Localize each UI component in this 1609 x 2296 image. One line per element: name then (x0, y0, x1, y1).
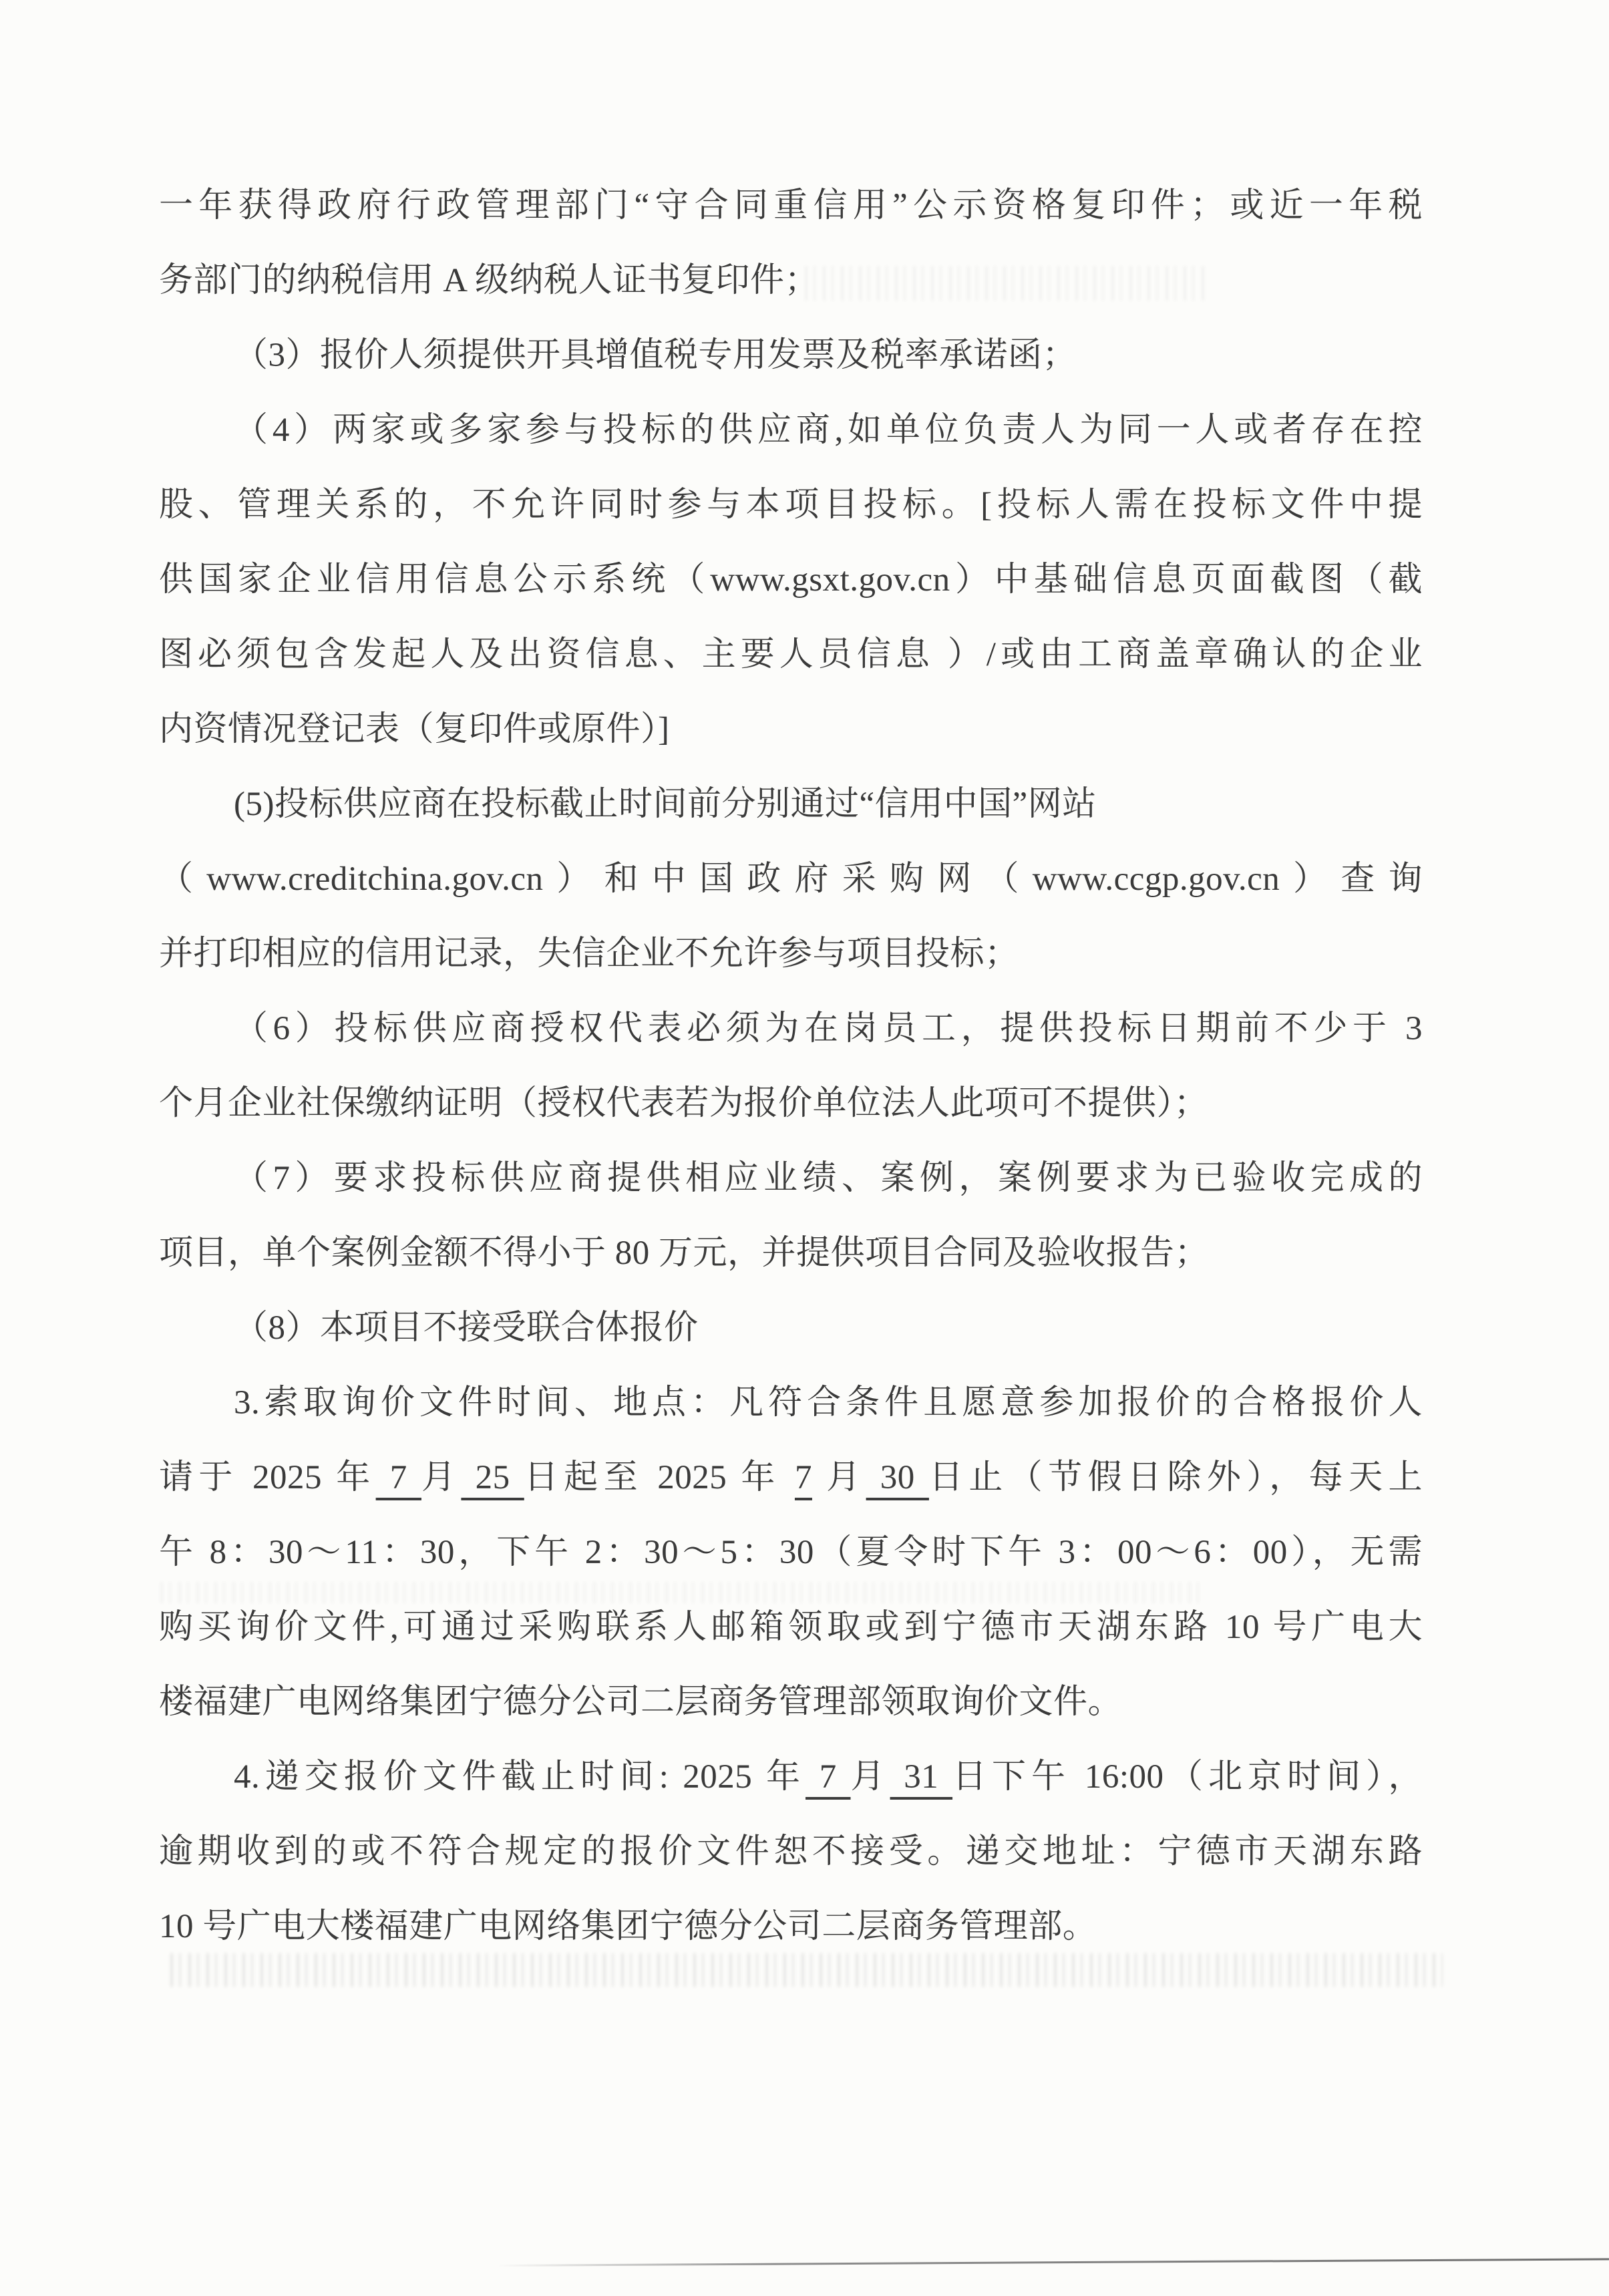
underlined-date-field: 7 (795, 1459, 812, 1496)
text-segment: 日止（节假日除外），每天上 (929, 1459, 1423, 1496)
text-segment: 楼福建广电网络集团宁德分公司二层商务管理部领取询价文件。 (159, 1683, 1122, 1721)
document-page: 一年获得政府行政管理部门“守合同重信用”公示资格复印件；或近一年税务部门的纳税信… (0, 0, 1609, 2296)
text-segment: 月 (421, 1459, 461, 1496)
text-segment: 午 8：30～11：30，下午 2：30～5：30（夏令时下午 3：00～6：0… (159, 1534, 1423, 1571)
text-segment: 月 (812, 1459, 866, 1496)
text-line: （www.creditchina.gov.cn）和中国政府采购网（www.ccg… (159, 842, 1423, 917)
text-line: （4）两家或多家参与投标的供应商,如单位负责人为同一人或者存在控 (159, 393, 1423, 468)
text-line: 项目，单个案例金额不得小于 80 万元，并提供项目合同及验收报告； (159, 1216, 1423, 1291)
text-segment: 4.递交报价文件截止时间: 2025 年 (234, 1758, 806, 1796)
text-line: 一年获得政府行政管理部门“守合同重信用”公示资格复印件；或近一年税 (159, 168, 1423, 243)
text-line: 内资情况登记表（复印件或原件）] (159, 692, 1423, 767)
text-line: 楼福建广电网络集团宁德分公司二层商务管理部领取询价文件。 (159, 1665, 1423, 1740)
text-segment: （4）两家或多家参与投标的供应商,如单位负责人为同一人或者存在控 (234, 412, 1423, 449)
text-line: (5)投标供应商在投标截止时间前分别通过“信用中国”网站 (159, 767, 1423, 842)
text-line: （7）要求投标供应商提供相应业绩、案例，案例要求为已验收完成的 (159, 1141, 1423, 1216)
text-segment: 日下午 16:00（北京时间）， (952, 1758, 1423, 1796)
text-segment: （3）报价人须提供开具增值税专用发票及税率承诺函； (234, 337, 1077, 374)
text-line: 午 8：30～11：30，下午 2：30～5：30（夏令时下午 3：00～6：0… (159, 1515, 1423, 1590)
text-segment: 并打印相应的信用记录，失信企业不允许参与项目投标； (159, 935, 1019, 973)
text-segment: 内资情况登记表（复印件或原件）] (159, 711, 670, 748)
text-line: 股、管理关系的，不允许同时参与本项目投标。[投标人需在投标文件中提 (159, 468, 1423, 542)
text-segment: 购买询价文件,可通过采购联系人邮箱领取或到宁德市天湖东路 10 号广电大 (159, 1609, 1423, 1646)
text-line: 个月企业社保缴纳证明（授权代表若为报价单位法人此项可不提供）； (159, 1066, 1423, 1141)
text-segment: 3.索取询价文件时间、地点：凡符合条件且愿意参加报价的合格报价人 (234, 1384, 1423, 1422)
underlined-date-field: 30 (866, 1459, 929, 1496)
text-segment: 项目，单个案例金额不得小于 80 万元，并提供项目合同及验收报告； (159, 1235, 1209, 1272)
text-segment: 股、管理关系的，不允许同时参与本项目投标。[投标人需在投标文件中提 (159, 486, 1423, 524)
text-line: 逾期收到的或不符合规定的报价文件恕不接受。递交地址：宁德市天湖东路 (159, 1814, 1423, 1889)
text-segment: （7）要求投标供应商提供相应业绩、案例，案例要求为已验收完成的 (234, 1160, 1423, 1197)
text-segment: 个月企业社保缴纳证明（授权代表若为报价单位法人此项可不提供）； (159, 1085, 1208, 1122)
text-line: 供国家企业信用信息公示系统（www.gsxt.gov.cn）中基础信息页面截图（… (159, 542, 1423, 617)
text-line: （6）投标供应商授权代表必须为在岗员工，提供投标日期前不少于 3 (159, 991, 1423, 1066)
text-segment: （6）投标供应商授权代表必须为在岗员工，提供投标日期前不少于 3 (234, 1010, 1423, 1047)
text-segment: (5)投标供应商在投标截止时间前分别通过“信用中国”网站 (234, 786, 1097, 823)
text-line: （8）本项目不接受联合体报价 (159, 1291, 1423, 1365)
text-segment: 供国家企业信用信息公示系统（www.gsxt.gov.cn）中基础信息页面截图（… (159, 561, 1423, 599)
scan-artifact-line (497, 2258, 1609, 2267)
text-segment: 务部门的纳税信用 A 级纳税人证书复印件； (159, 262, 819, 299)
text-line: 并打印相应的信用记录，失信企业不允许参与项目投标； (159, 917, 1423, 991)
text-segment: 10 号广电大楼福建广电网络集团宁德分公司二层商务管理部。 (159, 1908, 1097, 1945)
document-body: 一年获得政府行政管理部门“守合同重信用”公示资格复印件；或近一年税务部门的纳税信… (159, 168, 1423, 1964)
text-line: 10 号广电大楼福建广电网络集团宁德分公司二层商务管理部。 (159, 1889, 1423, 1964)
text-segment: 月 (851, 1758, 890, 1796)
text-segment: 请于 2025 年 (159, 1459, 376, 1496)
text-segment: 日起至 2025 年 (524, 1459, 795, 1496)
text-segment: 一年获得政府行政管理部门“守合同重信用”公示资格复印件；或近一年税 (159, 187, 1423, 224)
text-line: 3.索取询价文件时间、地点：凡符合条件且愿意参加报价的合格报价人 (159, 1365, 1423, 1440)
text-line: 务部门的纳税信用 A 级纳税人证书复印件； (159, 243, 1423, 318)
underlined-date-field: 7 (376, 1459, 421, 1496)
text-segment: （8）本项目不接受联合体报价 (234, 1309, 699, 1347)
text-segment: （www.creditchina.gov.cn）和中国政府采购网（www.ccg… (159, 860, 1423, 898)
text-line: 请于 2025 年 7 月 25 日起至 2025 年 7 月 30 日止（节假… (159, 1440, 1423, 1515)
text-line: 购买询价文件,可通过采购联系人邮箱领取或到宁德市天湖东路 10 号广电大 (159, 1590, 1423, 1665)
text-line: 图必须包含发起人及出资信息、主要人员信息 ）/或由工商盖章确认的企业 (159, 617, 1423, 692)
text-segment: 图必须包含发起人及出资信息、主要人员信息 ）/或由工商盖章确认的企业 (159, 636, 1423, 673)
text-line: （3）报价人须提供开具增值税专用发票及税率承诺函； (159, 318, 1423, 393)
underlined-date-field: 7 (806, 1758, 851, 1796)
underlined-date-field: 31 (890, 1758, 953, 1796)
text-segment: 逾期收到的或不符合规定的报价文件恕不接受。递交地址：宁德市天湖东路 (159, 1833, 1423, 1870)
underlined-date-field: 25 (461, 1459, 524, 1496)
text-line: 4.递交报价文件截止时间: 2025 年 7 月 31 日下午 16:00（北京… (159, 1740, 1423, 1814)
